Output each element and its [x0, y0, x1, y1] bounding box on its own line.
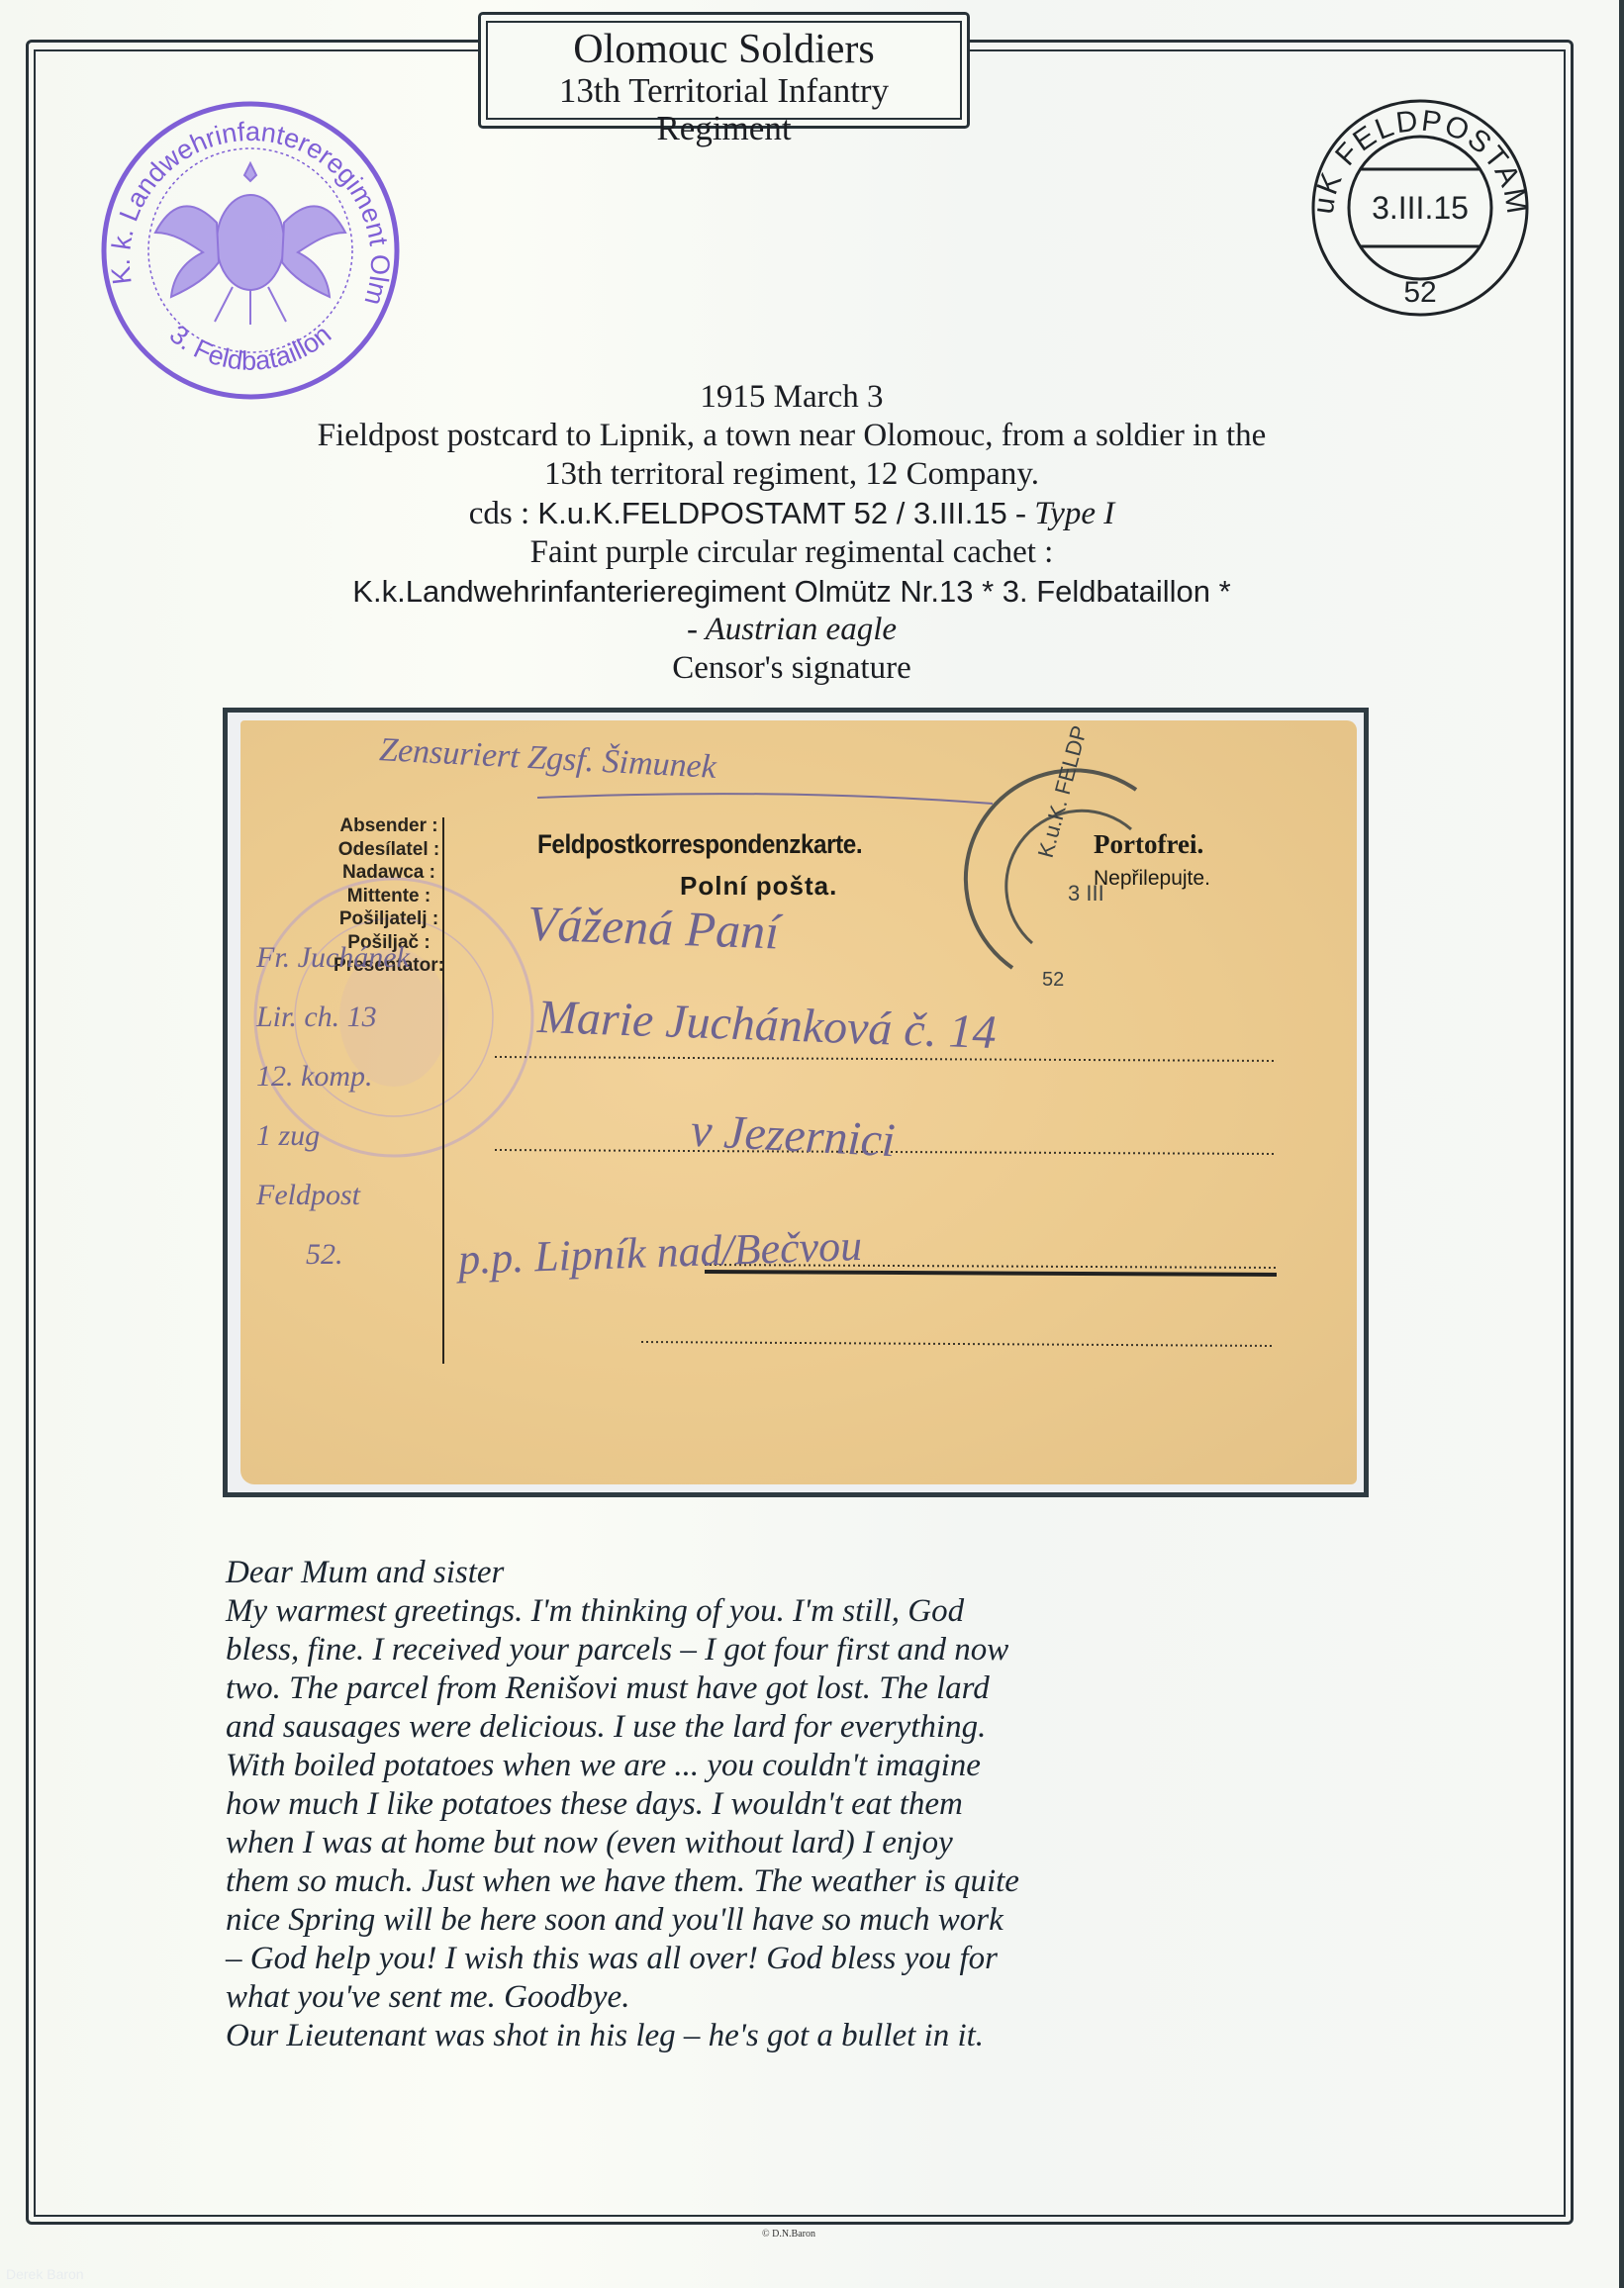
description-date: 1915 March 3 — [99, 378, 1484, 417]
cds-type: Type I — [1034, 496, 1114, 531]
scan-edge — [1619, 0, 1624, 2288]
sender-label: Odesílatel : — [320, 838, 458, 862]
description-block: 1915 March 3 Fieldpost postcard to Lipni… — [99, 378, 1484, 688]
description-cachet-label: Faint purple circular regimental cachet … — [99, 533, 1484, 572]
watermark: Derek Baron — [6, 2266, 84, 2282]
letter-line: two. The parcel from Renišovi must have … — [226, 1669, 1413, 1708]
page-title: Olomouc Soldiers — [488, 27, 960, 72]
letter-line: how much I like potatoes these days. I w… — [226, 1785, 1413, 1824]
sender-hand-line: 12. komp. — [256, 1047, 410, 1106]
page-subtitle: 13th Territorial Infantry Regiment — [488, 72, 960, 147]
regimental-cachet: K. k. Landwehrinfantereregiment Olmütz N… — [94, 94, 407, 407]
cds-date: 3.III.15 — [1372, 190, 1469, 226]
cds-dash: - — [1007, 496, 1035, 531]
cds-office-number: 52 — [1403, 276, 1436, 309]
cds-prefix: cds : — [469, 496, 529, 531]
address-lines — [495, 1057, 1277, 1346]
letter-line: them so much. Just when we have them. Th… — [226, 1862, 1413, 1901]
sender-hand-line: Feldpost — [256, 1166, 410, 1225]
description-cachet-note: - Austrian eagle — [99, 611, 1484, 649]
card-postmark-arc: K.u.K. FELDP — [1033, 723, 1093, 861]
letter-line: With boiled potatoes when we are ... you… — [226, 1747, 1413, 1785]
letter-line: Our Lieutenant was shot in his leg – he'… — [226, 2017, 1413, 2055]
card-subheading: Polní pošta. — [680, 871, 837, 902]
copyright-notice: © D.N.Baron — [762, 2229, 815, 2240]
address-line-1: Vážená Paní — [526, 895, 780, 961]
letter-line: My warmest greetings. I'm thinking of yo… — [226, 1592, 1413, 1631]
description-line-2: 13th territoral regiment, 12 Company. — [99, 455, 1484, 494]
postcard-image: K.u.K. FELDP 3 III 52 Absender : Odesíla… — [240, 720, 1357, 1484]
sender-hand-line: 1 zug — [256, 1106, 410, 1166]
letter-line: Dear Mum and sister — [226, 1554, 1413, 1592]
censor-underline — [537, 794, 993, 804]
sender-label: Mittente : — [320, 885, 458, 908]
svg-text:3. Feldbataillon: 3. Feldbataillon — [164, 320, 337, 376]
title-box-inner: Olomouc Soldiers 13th Territorial Infant… — [486, 21, 962, 120]
card-heading: Feldpostkorrespondenzkarte. — [537, 829, 862, 860]
sender-label: Pošiljatelj : — [320, 907, 458, 931]
neprilepujte-label: Nepřilepujte. — [1094, 867, 1210, 891]
cachet-text-bottom: 3. Feldbataillon — [164, 320, 337, 376]
letter-line: bless, fine. I received your parcels – I… — [226, 1631, 1413, 1669]
address-line-3: v Jezernici — [690, 1103, 897, 1169]
description-cds: cds : K.u.K.FELDPOSTAMT 52 / 3.III.15 - … — [99, 494, 1484, 533]
card-postmark-number: 52 — [1042, 969, 1064, 991]
letter-line: nice Spring will be here soon and you'll… — [226, 1901, 1413, 1940]
description-cachet-text: K.k.Landwehrinfanterieregiment Olmütz Nr… — [99, 572, 1484, 611]
sender-label: Absender : — [320, 814, 458, 838]
title-box: Olomouc Soldiers 13th Territorial Infant… — [478, 12, 970, 129]
letter-line: and sausages were delicious. I use the l… — [226, 1708, 1413, 1747]
sender-hand-line: 52. — [256, 1225, 410, 1285]
letter-translation: Dear Mum and sister My warmest greetings… — [226, 1554, 1413, 2055]
austrian-eagle-icon — [155, 163, 345, 325]
cds-postmark: KuK FELDPOSTAMT 3.III.15 52 — [1306, 94, 1534, 322]
sender-hand-line: Lir. ch. 13 — [256, 988, 410, 1047]
card-divider — [442, 817, 444, 1364]
letter-line: when I was at home but now (even without… — [226, 1824, 1413, 1862]
sender-hand-line: Fr. Juchánek — [256, 928, 410, 988]
description-censor-note: Censor's signature — [99, 649, 1484, 688]
description-line-1: Fieldpost postcard to Lipnik, a town nea… — [99, 417, 1484, 455]
sender-label: Nadawca : — [320, 861, 458, 885]
letter-line: – God help you! I wish this was all over… — [226, 1940, 1413, 1978]
cds-value: K.u.K.FELDPOSTAMT 52 / 3.III.15 — [537, 496, 1006, 530]
letter-line: what you've sent me. Goodbye. — [226, 1978, 1413, 2017]
portofrei-label: Portofrei. — [1094, 829, 1203, 860]
sender-handwriting: Fr. Juchánek Lir. ch. 13 12. komp. 1 zug… — [256, 928, 410, 1285]
